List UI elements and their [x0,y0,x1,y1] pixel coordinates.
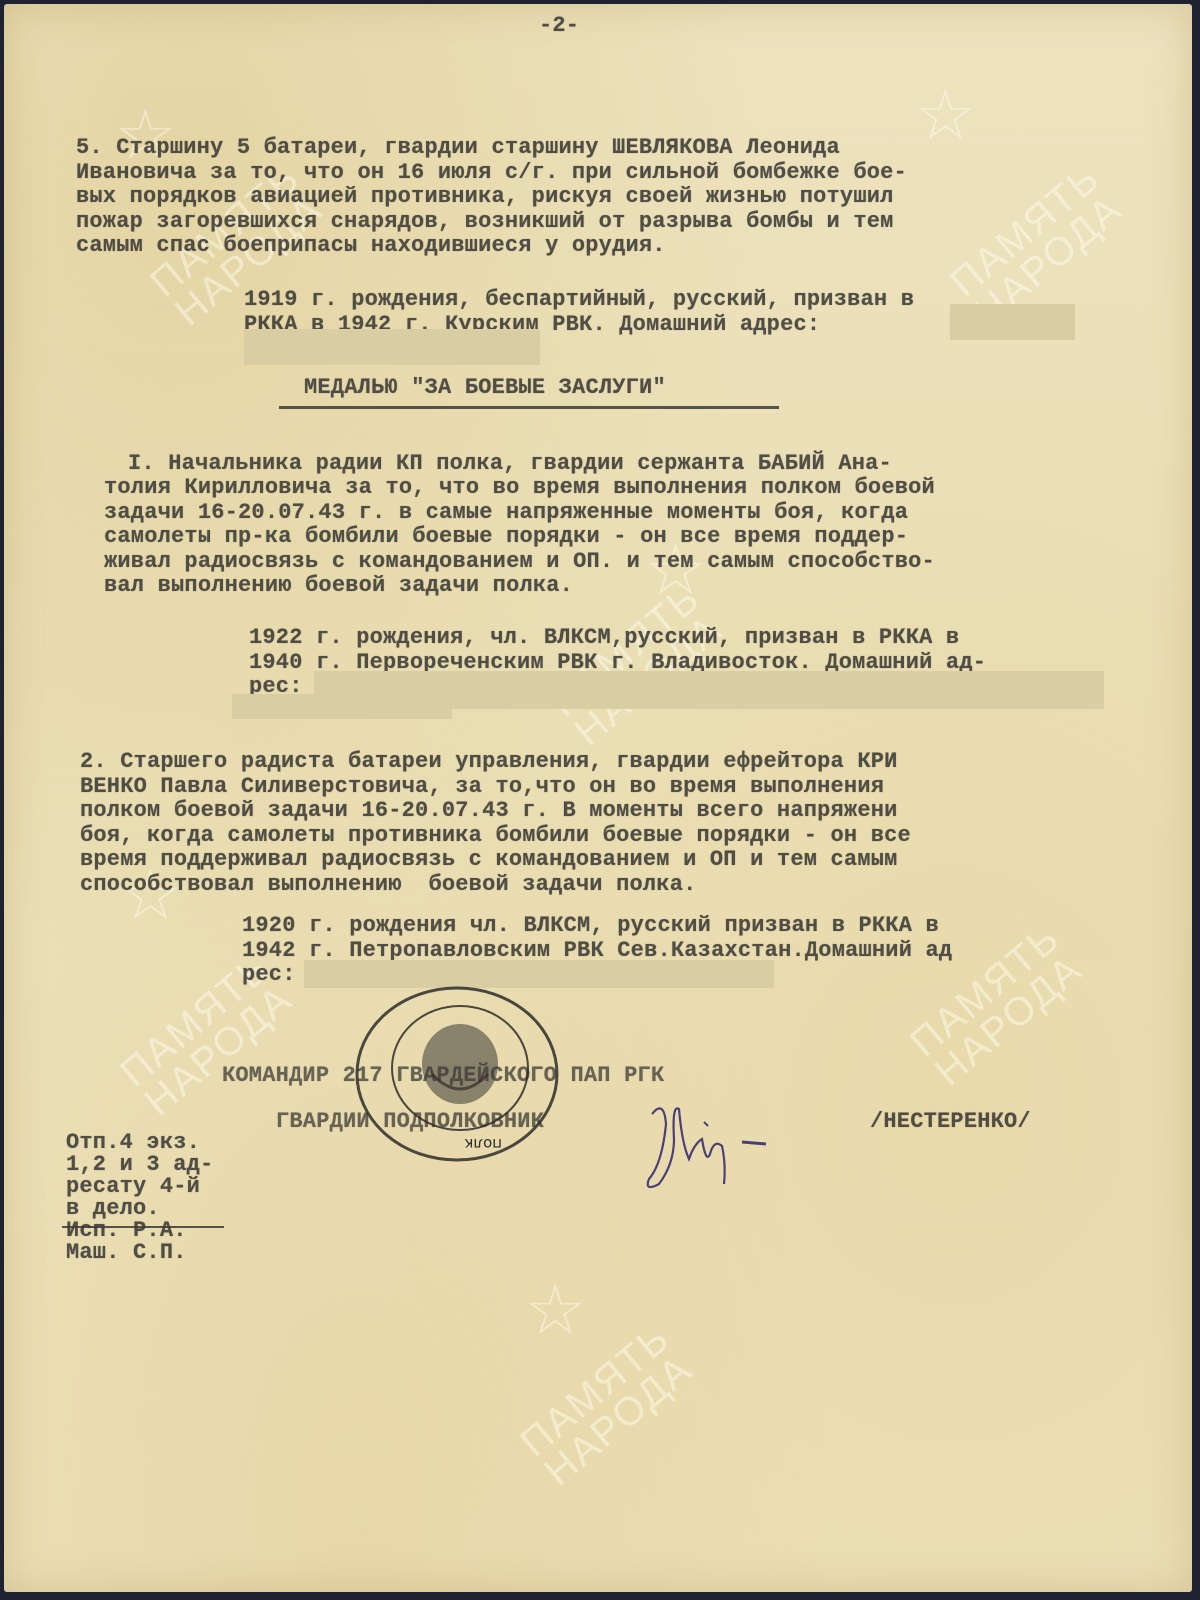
distribution-list: Отп.4 экз. 1,2 и 3 ад- ресату 4-й в дело… [66,1132,213,1264]
handwritten-signature [644,1084,774,1194]
award-item-5-text: 5. Старшину 5 батареи, гвардии старшину … [76,136,907,259]
watermark-star-icon: ☆ [914,74,977,156]
redacted-address [232,694,452,719]
page-number: -2- [539,14,579,39]
watermark-star-icon: ☆ [524,1269,587,1351]
redacted-address [950,304,1075,340]
official-stamp: полк [352,984,562,1164]
heading-underline [279,406,779,409]
award-item-1-text: I. Начальника радии КП полка, гвардии се… [128,452,892,477]
soviet-emblem-icon [422,1024,498,1104]
redacted-address [244,329,540,365]
award-item-1-text-cont: толия Кирилловича за то, что во время вы… [104,476,935,599]
svg-text:полк: полк [464,1135,502,1153]
document-page: ☆ ПАМЯТЬ НАРОДА ☆ ПАМЯТЬ НАРОДА ☆ ПАМЯТЬ… [4,4,1192,1592]
distribution-divider [62,1226,224,1228]
commander-name: /НЕСТЕРЕНКО/ [870,1110,1031,1135]
award-item-2-text: 2. Старшего радиста батареи управления, … [80,750,911,897]
section-heading: МЕДАЛЬЮ "ЗА БОЕВЫЕ ЗАСЛУГИ" [304,376,666,401]
